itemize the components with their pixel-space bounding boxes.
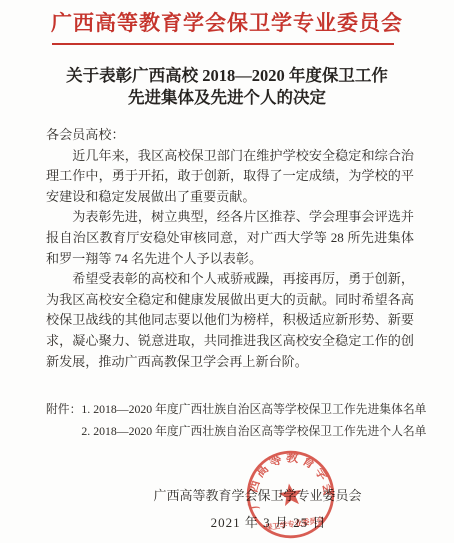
attachment-item: 1. 2018—2020 年度广西壮族自治区高等学校保卫工作先进集体名单 [81,399,426,421]
document-body: 各会员高校： 近几年来，我区高校保卫部门在维护学校安全稳定和综合治理工作中，勇于… [46,125,414,372]
signature-org-name: 广西高等教育学会保卫学专业委员会 [150,485,365,504]
attachment-item: 2. 2018—2020 年度广西壮族自治区高等学校保卫工作先进个人名单 [81,421,426,443]
document-title: 关于表彰广西高校 2018—2020 年度保卫工作 先进集体及先进个人的决定 [0,65,454,109]
document-title-line1: 关于表彰广西高校 2018—2020 年度保卫工作 [0,65,454,87]
letterhead-org-name: 广西高等教育学会保卫学专业委员会 [0,7,454,37]
document-title-line2: 先进集体及先进个人的决定 [0,87,454,109]
attachments-label: 附件： [46,399,81,421]
body-paragraph: 为表彰先进，树立典型，经各片区推荐、学会理事会评选并报自治区教育厅安稳处审核同意… [46,207,414,269]
attachments-list: 1. 2018—2020 年度广西壮族自治区高等学校保卫工作先进集体名单 2. … [81,399,426,443]
salutation: 各会员高校： [46,125,414,146]
attachments-section: 附件： 1. 2018—2020 年度广西壮族自治区高等学校保卫工作先进集体名单… [46,399,426,443]
body-paragraph: 近几年来，我区高校保卫部门在维护学校安全稳定和综合治理工作中，勇于开拓，敢于创新… [46,146,414,208]
signature-block: 广西高等教育学会保卫学专业委员会 2021 年 3 月 25 日 [150,485,365,531]
body-paragraph: 希望受表彰的高校和个人戒骄戒躁，再接再厉，勇于创新，为我区高校安全稳定和健康发展… [46,269,414,372]
letterhead-divider [52,43,394,45]
signature-date: 2021 年 3 月 25 日 [161,512,376,531]
document-page: 广西高等教育学会保卫学专业委员会 关于表彰广西高校 2018—2020 年度保卫… [0,0,454,543]
